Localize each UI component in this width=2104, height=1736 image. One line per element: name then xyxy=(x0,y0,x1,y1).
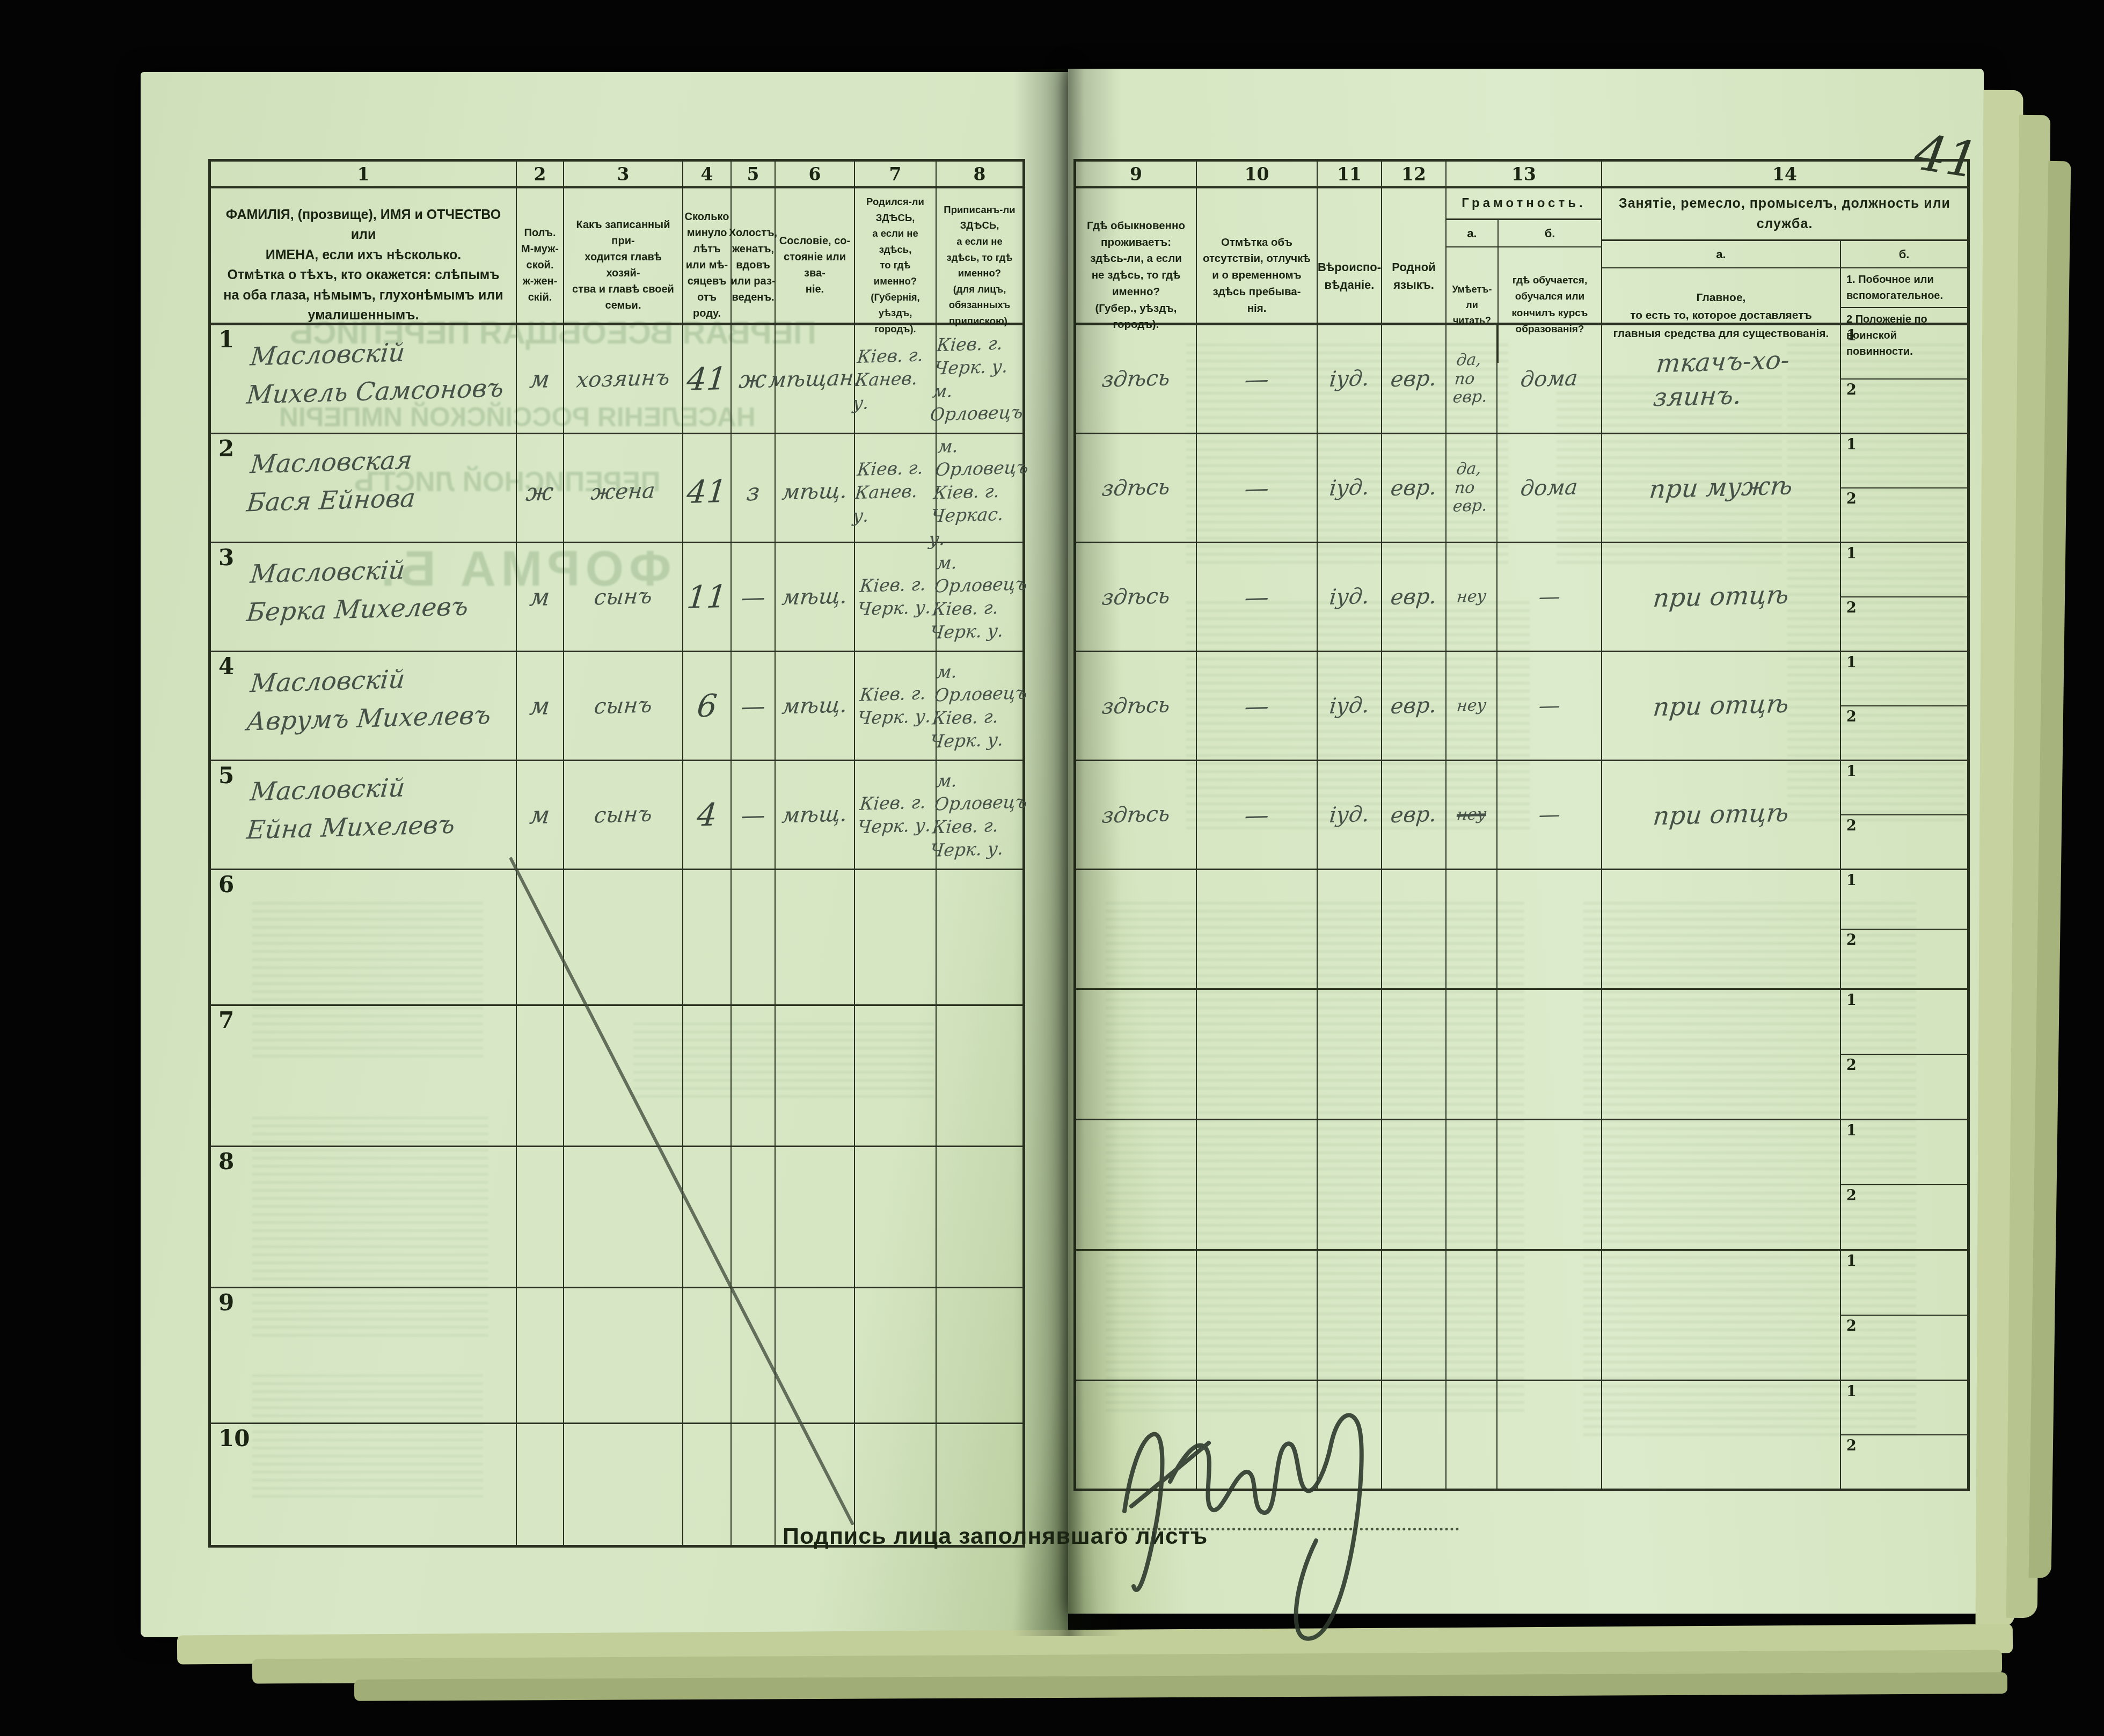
table-row: здѣсь — іуд. евр. неу — при отцѣ 12 xyxy=(1076,652,1967,761)
row-number: 2 xyxy=(218,437,234,460)
column-number-9: 9 xyxy=(1076,162,1197,186)
table-row: 4Масловскій Аврумъ Михелевъ м сынъ 6 — м… xyxy=(211,652,1022,761)
cell-registration: м. Орловецъ Кіев. г. Черк. у. xyxy=(929,768,1030,863)
cell-religion: іуд. xyxy=(1328,802,1370,828)
census-table-left: 1 2 3 4 5 6 7 8 ФАМИЛІЯ, (прозвище), ИМЯ… xyxy=(208,159,1025,1548)
table-row: 7 xyxy=(211,1006,1022,1147)
row-number: 8 xyxy=(218,1150,234,1173)
cell-marital: — xyxy=(740,691,766,720)
sub-row-1: 1 xyxy=(1846,654,1857,671)
cell-occupation: при отцѣ xyxy=(1652,687,1791,725)
sub-row-1: 1 xyxy=(1846,992,1857,1009)
cell-language: евр. xyxy=(1390,366,1438,392)
cell-religion: іуд. xyxy=(1328,584,1370,610)
sub-row-2: 2 xyxy=(1846,1187,1857,1204)
column-header-name: ФАМИЛІЯ, (прозвище), ИМЯ и ОТЧЕСТВО или … xyxy=(211,188,517,342)
cell-name: Масловскій Михель Самсоновъ xyxy=(245,331,509,414)
cell-education: — xyxy=(1537,802,1561,827)
cell-registration: м. Орловецъ Кіев. г. Черкас. у. xyxy=(927,433,1031,551)
table-row: здѣсь — іуд. евр. да, по евр. дома ткачъ… xyxy=(1076,325,1967,434)
cell-age: 6 xyxy=(695,687,718,724)
cell-estate: мѣщ. xyxy=(781,801,849,828)
column-header-relation: Какъ записанный при- ходится главѣ хозяй… xyxy=(564,188,683,342)
cell-absence: — xyxy=(1243,364,1270,393)
literacy-title: Грамотность. xyxy=(1446,188,1601,220)
row-number: 4 xyxy=(218,655,234,678)
cell-residence: здѣсь xyxy=(1101,583,1171,610)
cell-registration: Кіев. г. Черк. у. м. Орловецъ xyxy=(929,332,1030,427)
cell-relation: хозяинъ xyxy=(575,366,671,393)
cell-reads: да, по евр. xyxy=(1452,351,1492,407)
header-row-right: Гдѣ обыкновенно проживаетъ: здѣсь-ли, а … xyxy=(1076,188,1967,325)
row-number: 6 xyxy=(218,873,234,896)
column-number-2: 2 xyxy=(517,162,564,186)
cell-sex: м xyxy=(529,800,551,829)
sub-row-2: 2 xyxy=(1846,1438,1857,1454)
cell-name: Масловскій Аврумъ Михелевъ xyxy=(245,658,496,741)
cell-registration: м. Орловецъ Кіев. г. Черк. у. xyxy=(929,550,1030,645)
cell-reads-struck: неу xyxy=(1456,805,1487,825)
column-number-4: 4 xyxy=(683,162,732,186)
cell-religion: іуд. xyxy=(1328,475,1370,501)
cell-birthplace: Кіев. г. Канев. у. xyxy=(852,456,939,528)
column-number-1: 1 xyxy=(211,162,517,186)
column-number-13: 13 xyxy=(1446,162,1602,186)
cell-name: Масловскій Ейна Михелевъ xyxy=(245,768,460,849)
cell-age: 41 xyxy=(685,473,728,510)
table-row: 12 xyxy=(1076,1120,1967,1251)
cell-residence: здѣсь xyxy=(1101,366,1171,392)
cell-residence: здѣсь xyxy=(1101,475,1171,501)
cell-marital: з xyxy=(745,477,761,506)
cell-residence: здѣсь xyxy=(1101,692,1171,719)
sub-row-1: 1 xyxy=(1846,1122,1857,1139)
cell-education: дома xyxy=(1519,366,1579,392)
occupation-title: Занятіе, ремесло, промыселъ, должность и… xyxy=(1602,188,1967,241)
cell-sex: м xyxy=(529,691,551,720)
table-row: 2Масловская Бася Ейнова ж жена 41 з мѣщ.… xyxy=(211,434,1022,543)
cell-age: 41 xyxy=(685,360,728,398)
cell-occupation: при отцѣ xyxy=(1652,796,1791,834)
column-number-5: 5 xyxy=(732,162,776,186)
cell-name: Масловскій Берка Михелевъ xyxy=(245,550,473,632)
sub-row-2: 2 xyxy=(1846,600,1857,616)
cell-birthplace: Кіев. г. Канев. у. xyxy=(852,343,939,414)
cell-age: 4 xyxy=(695,796,718,833)
cell-estate: мѣщан. xyxy=(768,366,862,393)
cell-relation: сынъ xyxy=(593,692,653,719)
table-row: 8 xyxy=(211,1147,1022,1288)
sub-row-1: 1 xyxy=(1846,763,1857,780)
cell-age: 11 xyxy=(685,578,728,616)
row-number: 3 xyxy=(218,546,234,569)
table-row: 1Масловскій Михель Самсоновъ м хозяинъ 4… xyxy=(211,325,1022,434)
cell-birthplace: Кіев. г. Черк. у. xyxy=(857,791,934,839)
occupation-secondary-text: 1. Побочное или вспомогательное. xyxy=(1841,268,1967,308)
column-header-estate: Сословіе, со- стояніе или зва- ніе. xyxy=(776,188,855,342)
cell-religion: іуд. xyxy=(1328,366,1370,392)
cell-name: Масловская Бася Ейнова xyxy=(245,441,420,522)
cell-marital: — xyxy=(740,582,766,611)
cell-absence: — xyxy=(1243,582,1270,611)
row-number: 7 xyxy=(218,1009,234,1032)
sub-row-1: 1 xyxy=(1846,545,1857,562)
row-number: 10 xyxy=(218,1427,250,1450)
sub-row-2: 2 xyxy=(1846,1057,1857,1074)
sub-row-2: 2 xyxy=(1846,491,1857,507)
cell-sex: м xyxy=(529,582,551,611)
cell-birthplace: Кіев. г. Черк. у. xyxy=(857,682,934,730)
cell-education: — xyxy=(1537,584,1561,609)
table-row: 12 xyxy=(1076,990,1967,1120)
sub-row-1: 1 xyxy=(1846,436,1857,453)
sub-row-1: 1 xyxy=(1846,872,1857,889)
cell-religion: іуд. xyxy=(1328,693,1370,719)
census-table-right: 9 10 11 12 13 14 Гдѣ обыкновенно прожива… xyxy=(1073,159,1970,1491)
sub-row-1: 1 xyxy=(1846,1253,1857,1270)
column-number-row: 1 2 3 4 5 6 7 8 xyxy=(211,162,1022,188)
cell-estate: мѣщ. xyxy=(781,478,849,505)
column-number-6: 6 xyxy=(776,162,855,186)
sub-row-2: 2 xyxy=(1846,818,1857,834)
table-row: 12 xyxy=(1076,1381,1967,1489)
sub-row-1: 1 xyxy=(1846,1383,1857,1400)
cell-estate: мѣщ. xyxy=(781,692,849,719)
cell-marital: — xyxy=(740,800,766,829)
column-header-birthplace: Родился-ли ЗДѢСЬ, а если не здѣсь, то гд… xyxy=(855,188,937,342)
cell-occupation: при мужѣ xyxy=(1648,469,1794,507)
sub-label-b: б. xyxy=(1841,241,1967,268)
cell-language: евр. xyxy=(1390,475,1438,501)
cell-estate: мѣщ. xyxy=(781,583,849,610)
page-number-handwritten: 41 xyxy=(1911,123,1982,190)
cell-education: дома xyxy=(1519,475,1579,501)
table-row: здѣсь — іуд. евр. да, по евр. дома при м… xyxy=(1076,434,1967,543)
sub-row-1: 1 xyxy=(1846,327,1857,344)
column-number-3: 3 xyxy=(564,162,683,186)
header-row-left: ФАМИЛІЯ, (прозвище), ИМЯ и ОТЧЕСТВО или … xyxy=(211,188,1022,325)
sub-label-a: а. xyxy=(1602,241,1840,268)
sub-row-2: 2 xyxy=(1846,709,1857,725)
cell-relation: сынъ xyxy=(593,801,653,828)
sub-row-2: 2 xyxy=(1846,932,1857,949)
cell-relation: жена xyxy=(590,478,656,505)
column-number-8: 8 xyxy=(937,162,1022,186)
column-number-12: 12 xyxy=(1382,162,1446,186)
cell-occupation: ткачъ-хо- зяинъ. xyxy=(1652,343,1791,415)
cell-sex: ж xyxy=(525,477,555,507)
cell-absence: — xyxy=(1243,691,1270,720)
column-header-marital: Холостъ, женатъ, вдовъ или раз- веденъ. xyxy=(732,188,776,342)
cell-sex: м xyxy=(529,364,551,393)
table-row: 5Масловскій Ейна Михелевъ м сынъ 4 — мѣщ… xyxy=(211,761,1022,870)
cell-reads: неу xyxy=(1456,587,1487,607)
table-row: здѣсь — іуд. евр. неу — при отцѣ 12 xyxy=(1076,543,1967,652)
sub-label-a: а. xyxy=(1446,220,1497,247)
table-row: 12 xyxy=(1076,870,1967,990)
row-number: 9 xyxy=(218,1292,234,1314)
table-row: 6 xyxy=(211,870,1022,1006)
cell-birthplace: Кіев. г. Черк. у. xyxy=(857,573,934,621)
row-number: 1 xyxy=(218,329,234,351)
cell-relation: сынъ xyxy=(593,583,653,610)
column-header-sex: Полъ. М-муж- ской. ж-жен- скій. xyxy=(517,188,564,342)
cell-residence: здѣсь xyxy=(1101,801,1171,828)
table-row: здѣсь — іуд. евр. неу — при отцѣ 12 xyxy=(1076,761,1967,870)
cell-education: — xyxy=(1537,693,1561,718)
column-header-registration: Приписанъ-ли ЗДѢСЬ, а если не здѣсь, то … xyxy=(937,188,1022,342)
census-sheet-photo: ПЕРВАЯ ВСЕОБЩАЯ ПЕРЕПИСЬ НАСЕЛЕНІЯ РОССІ… xyxy=(0,0,2104,1736)
table-row: 3Масловскій Берка Михелевъ м сынъ 11 — м… xyxy=(211,543,1022,652)
cell-reads: да, по евр. xyxy=(1452,459,1492,516)
cell-marital: ж xyxy=(738,364,768,394)
signature-dotted-line xyxy=(1110,1528,1459,1530)
column-number-11: 11 xyxy=(1318,162,1382,186)
row-number: 5 xyxy=(218,764,234,787)
column-header-age: Сколько минуло лѣтъ или мѣ- сяцевъ отъ р… xyxy=(683,188,732,342)
column-number-7: 7 xyxy=(855,162,937,186)
sub-row-2: 2 xyxy=(1846,382,1857,398)
column-number-10: 10 xyxy=(1197,162,1318,186)
cell-absence: — xyxy=(1243,473,1270,502)
cell-registration: м. Орловецъ Кіев. г. Черк. у. xyxy=(929,659,1030,754)
cell-absence: — xyxy=(1243,800,1270,829)
cell-language: евр. xyxy=(1390,802,1438,828)
cell-language: евр. xyxy=(1390,584,1438,610)
column-number-row: 9 10 11 12 13 14 xyxy=(1076,162,1967,188)
table-row: 12 xyxy=(1076,1251,1967,1381)
cell-occupation: при отцѣ xyxy=(1652,578,1791,616)
sub-label-b: б. xyxy=(1499,220,1601,247)
table-row: 9 xyxy=(211,1288,1022,1424)
sub-row-2: 2 xyxy=(1846,1318,1857,1334)
cell-language: евр. xyxy=(1390,693,1438,719)
cell-reads: неу xyxy=(1456,696,1487,716)
